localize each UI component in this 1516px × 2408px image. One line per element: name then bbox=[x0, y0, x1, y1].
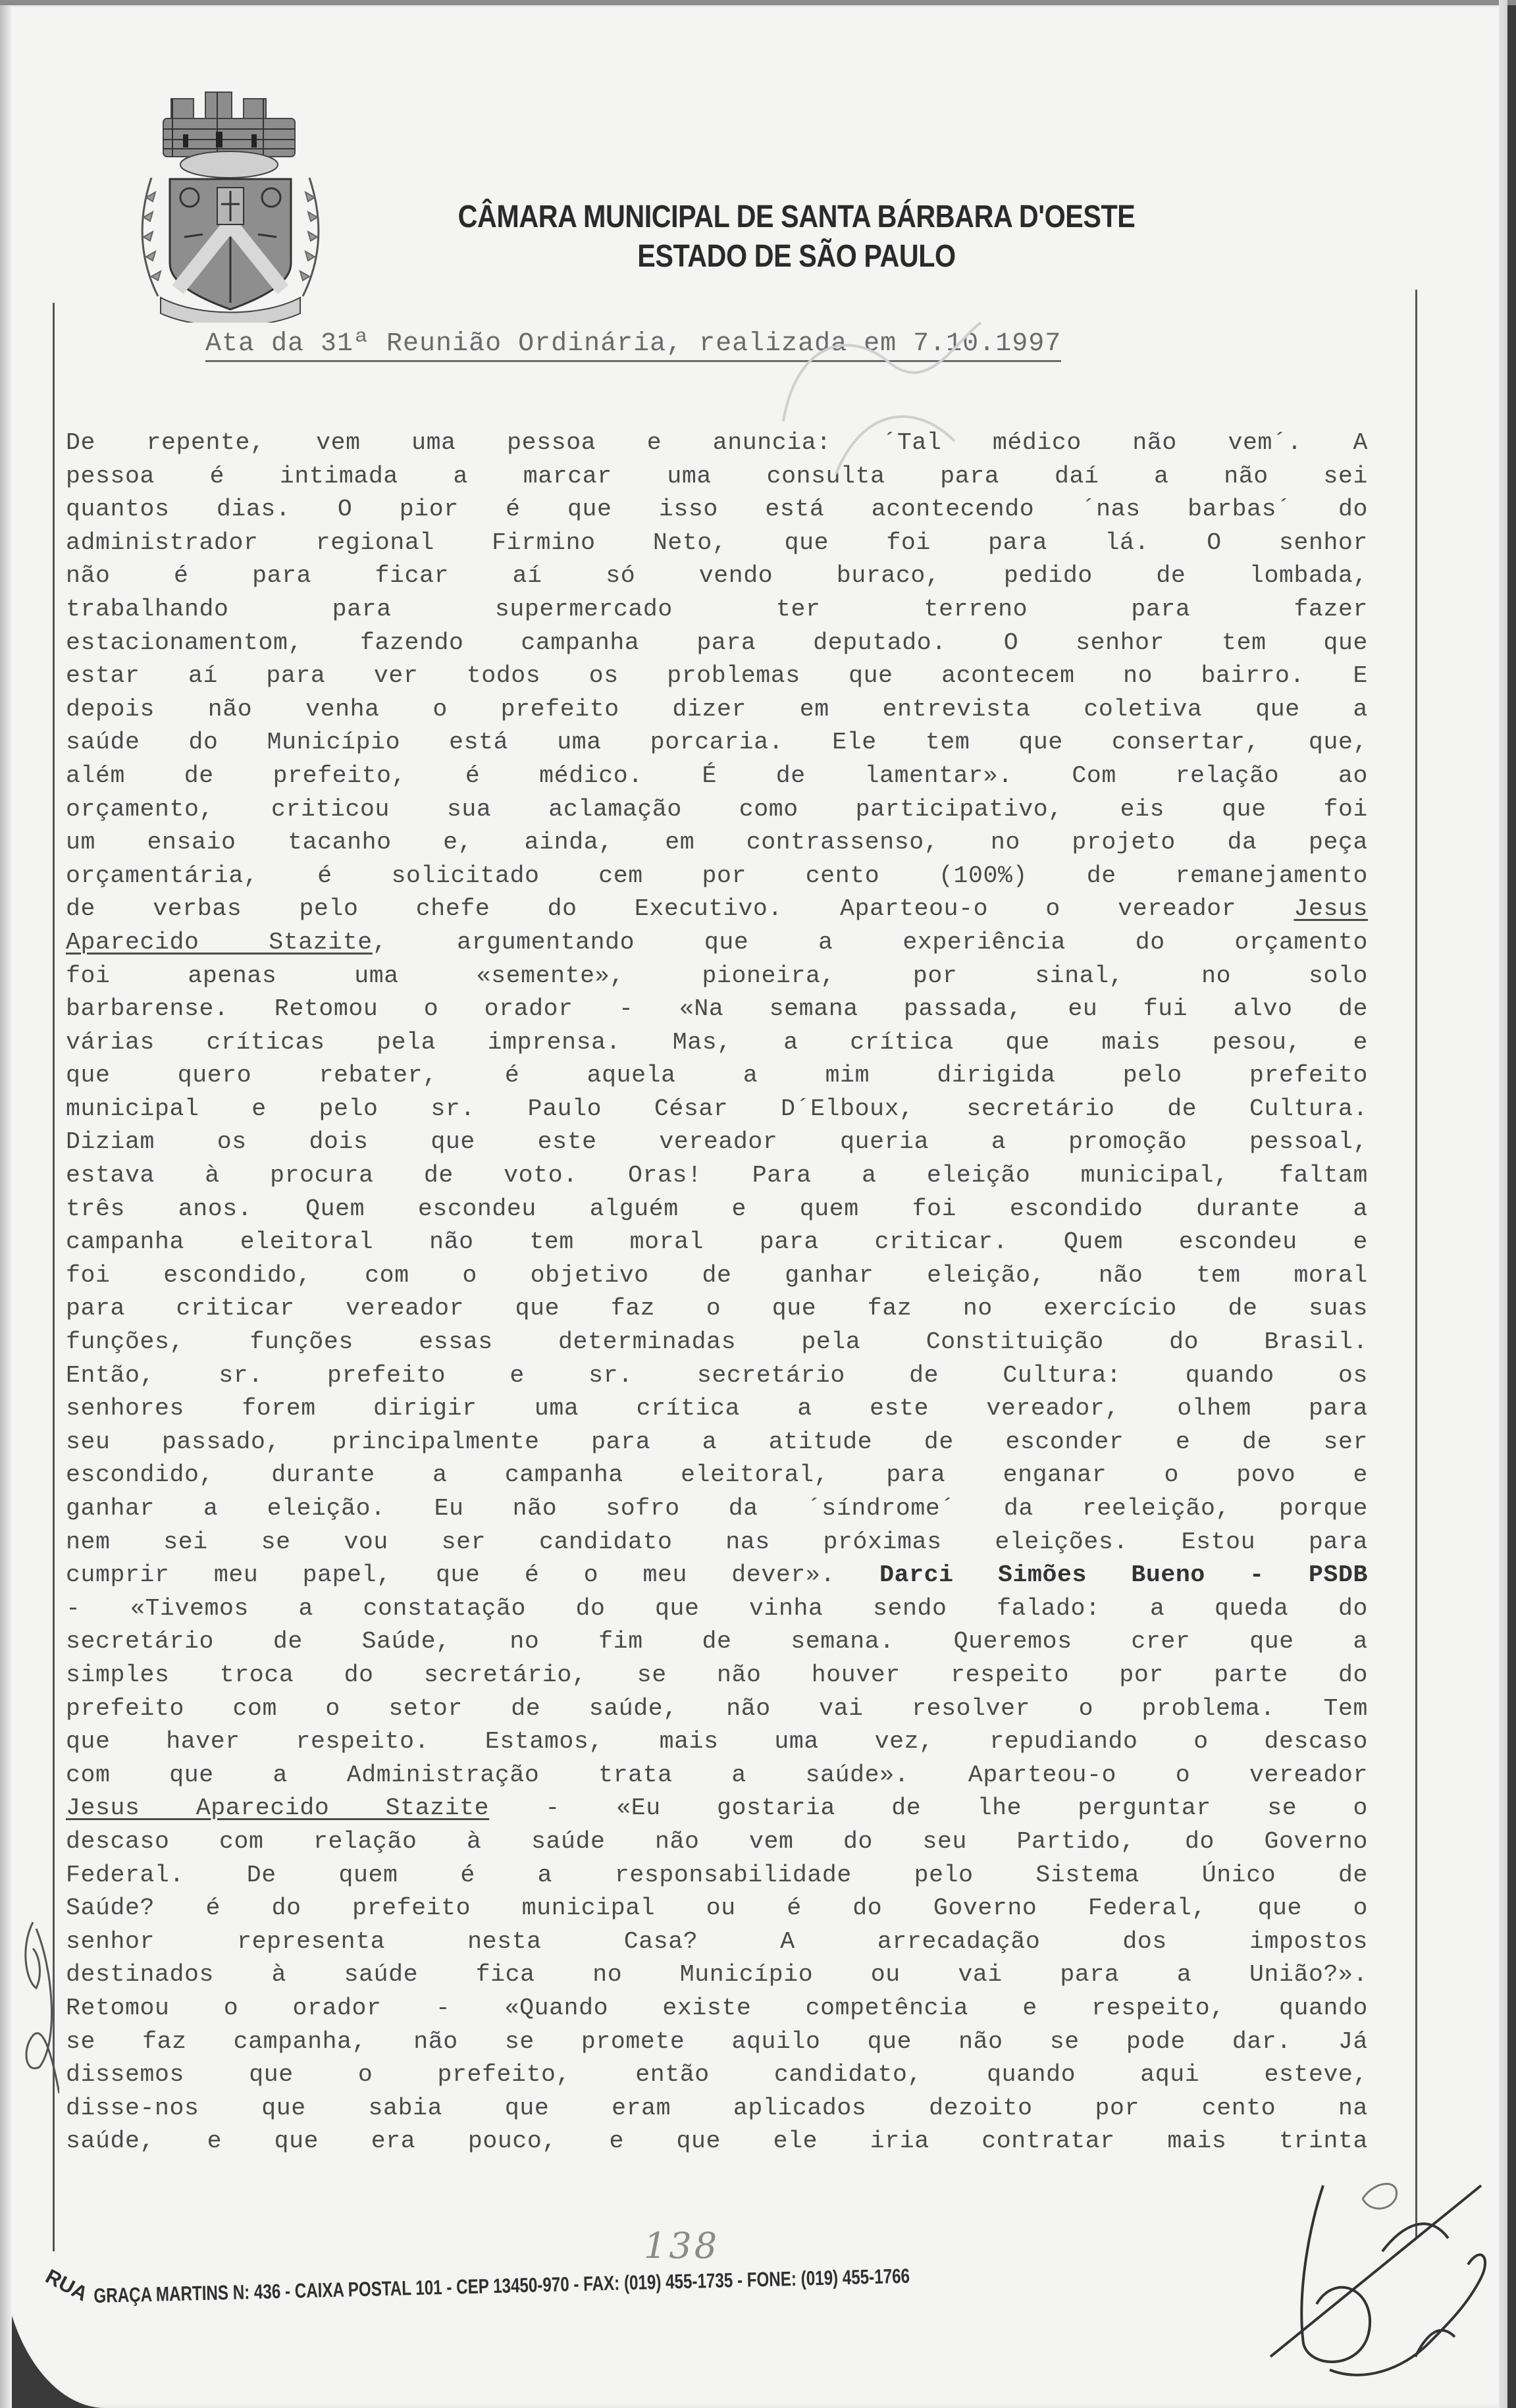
minutes-line: orçamentária, é solicitado cem por cento… bbox=[66, 860, 1368, 893]
minutes-line: várias críticas pela imprensa. Mas, a cr… bbox=[66, 1026, 1368, 1060]
minutes-line: seu passado, principalmente para a atitu… bbox=[66, 1426, 1368, 1459]
right-margin-rule bbox=[1415, 290, 1417, 2238]
minutes-line: para criticar vereador que faz o que faz… bbox=[66, 1292, 1368, 1326]
footer-street-prefix: RUA bbox=[41, 2264, 91, 2306]
minutes-line: secretário de Saúde, no fim de semana. Q… bbox=[66, 1625, 1368, 1659]
minutes-line: estava à procura de voto. Oras! Para a e… bbox=[66, 1159, 1368, 1193]
minutes-line: Aparecido Stazite, argumentando que a ex… bbox=[66, 926, 1368, 960]
minutes-line: depois não venha o prefeito dizer em ent… bbox=[66, 693, 1368, 727]
minutes-line: nem sei se vou ser candidato nas próxima… bbox=[66, 1526, 1368, 1559]
minutes-line: quantos dias. O pior é que isso está aco… bbox=[66, 493, 1368, 527]
minutes-line: De repente, vem uma pessoa e anuncia: ´T… bbox=[66, 427, 1368, 460]
minutes-line: pessoa é intimada a marcar uma consulta … bbox=[66, 460, 1368, 494]
minutes-line: - «Tivemos a constatação do que vinha se… bbox=[66, 1592, 1368, 1626]
minutes-line: campanha eleitoral não tem moral para cr… bbox=[66, 1226, 1368, 1259]
minutes-line: orçamento, criticou sua aclamação como p… bbox=[66, 793, 1368, 827]
minutes-line: escondido, durante a campanha eleitoral,… bbox=[66, 1459, 1368, 1492]
minutes-line: Então, sr. prefeito e sr. secretário de … bbox=[66, 1359, 1368, 1393]
letterhead: CÂMARA MUNICIPAL DE SANTA BÁRBARA D'OEST… bbox=[429, 197, 1164, 276]
minutes-line: descaso com relação à saúde não vem do s… bbox=[66, 1825, 1368, 1859]
page-top-edge bbox=[0, 0, 1516, 5]
left-margin-rule bbox=[53, 303, 55, 2251]
minutes-line: dissemos que o prefeito, então candidato… bbox=[66, 2058, 1368, 2092]
state-name: ESTADO DE SÃO PAULO bbox=[429, 237, 1164, 276]
municipal-coat-of-arms-icon bbox=[132, 86, 329, 323]
minutes-line: estar aí para ver todos os problemas que… bbox=[66, 660, 1368, 693]
minutes-line: trabalhando para supermercado ter terren… bbox=[66, 593, 1368, 627]
minutes-line: além de prefeito, é médico. É de lamenta… bbox=[66, 760, 1368, 793]
minutes-line: senhor representa nesta Casa? A arrecada… bbox=[66, 1925, 1368, 1959]
minutes-line: saúde do Município está uma porcaria. El… bbox=[66, 726, 1368, 760]
footer-address: RUA GRAÇA MARTINS N: 436 - CAIXA POSTAL … bbox=[53, 2264, 1435, 2343]
minutes-line: Saúde? é do prefeito municipal ou é do G… bbox=[66, 1892, 1368, 1925]
minutes-line: que haver respeito. Estamos, mais uma ve… bbox=[66, 1725, 1368, 1759]
binding-shadow bbox=[0, 0, 12, 2408]
minutes-title: Ata da 31ª Reunião Ordinária, realizada … bbox=[205, 329, 1061, 362]
minutes-line: não é para ficar aí só vendo buraco, ped… bbox=[66, 560, 1368, 593]
minutes-line: com que a Administração trata a saúde». … bbox=[66, 1759, 1368, 1793]
minutes-line: ganhar a eleição. Eu não sofro da ´síndr… bbox=[66, 1492, 1368, 1526]
minutes-line: Diziam os dois que este vereador queria … bbox=[66, 1126, 1368, 1159]
minutes-line: administrador regional Firmino Neto, que… bbox=[66, 527, 1368, 560]
minutes-line: prefeito com o setor de saúde, não vai r… bbox=[66, 1692, 1368, 1726]
minutes-line: Federal. De quem é a responsabilidade pe… bbox=[66, 1859, 1368, 1893]
minutes-line: que quero rebater, é aquela a mim dirigi… bbox=[66, 1059, 1368, 1093]
minutes-line: saúde, e que era pouco, e que ele iria c… bbox=[66, 2125, 1368, 2159]
minutes-line: municipal e pelo sr. Paulo César D´Elbou… bbox=[66, 1093, 1368, 1126]
footer-address-text: GRAÇA MARTINS N: 436 - CAIXA POSTAL 101 … bbox=[93, 2264, 910, 2308]
minutes-body: De repente, vem uma pessoa e anuncia: ´T… bbox=[66, 427, 1368, 2159]
councilor-name: Jesus bbox=[1294, 895, 1368, 922]
page-number: 138 bbox=[644, 2225, 719, 2266]
page-right-edge bbox=[1499, 0, 1507, 2408]
minutes-line: foi escondido, com o objetivo de ganhar … bbox=[66, 1259, 1368, 1293]
minutes-line: Retomou o orador - «Quando existe compet… bbox=[66, 1992, 1368, 2026]
scanned-page: CÂMARA MUNICIPAL DE SANTA BÁRBARA D'OEST… bbox=[0, 0, 1507, 2408]
minutes-line: um ensaio tacanho e, ainda, em contrasse… bbox=[66, 826, 1368, 860]
minutes-line: disse-nos que sabia que eram aplicados d… bbox=[66, 2092, 1368, 2126]
minutes-line: funções, funções essas determinadas pela… bbox=[66, 1326, 1368, 1359]
minutes-line: se faz campanha, não se promete aquilo q… bbox=[66, 2026, 1368, 2059]
minutes-line: três anos. Quem escondeu alguém e quem f… bbox=[66, 1193, 1368, 1226]
minutes-line: barbarense. Retomou o orador - «Na seman… bbox=[66, 993, 1368, 1026]
speaker-name: Darci Simões Bueno - PSDB bbox=[879, 1561, 1368, 1588]
minutes-line: foi apenas uma «semente», pioneira, por … bbox=[66, 960, 1368, 993]
minutes-line: Jesus Aparecido Stazite - «Eu gostaria d… bbox=[66, 1792, 1368, 1825]
minutes-line: de verbas pelo chefe do Executivo. Apart… bbox=[66, 893, 1368, 926]
institution-name: CÂMARA MUNICIPAL DE SANTA BÁRBARA D'OEST… bbox=[429, 197, 1164, 237]
minutes-line: senhores forem dirigir uma crítica a est… bbox=[66, 1392, 1368, 1426]
councilor-name: Aparecido Stazite bbox=[66, 929, 373, 956]
minutes-line: estacionamentom, fazendo campanha para d… bbox=[66, 627, 1368, 660]
minutes-line: destinados à saúde fica no Município ou … bbox=[66, 1958, 1368, 1992]
minutes-line: cumprir meu papel, que é o meu dever». D… bbox=[66, 1559, 1368, 1592]
councilor-name: Jesus Aparecido Stazite bbox=[66, 1794, 489, 1821]
minutes-line: simples troca do secretário, se não houv… bbox=[66, 1659, 1368, 1692]
